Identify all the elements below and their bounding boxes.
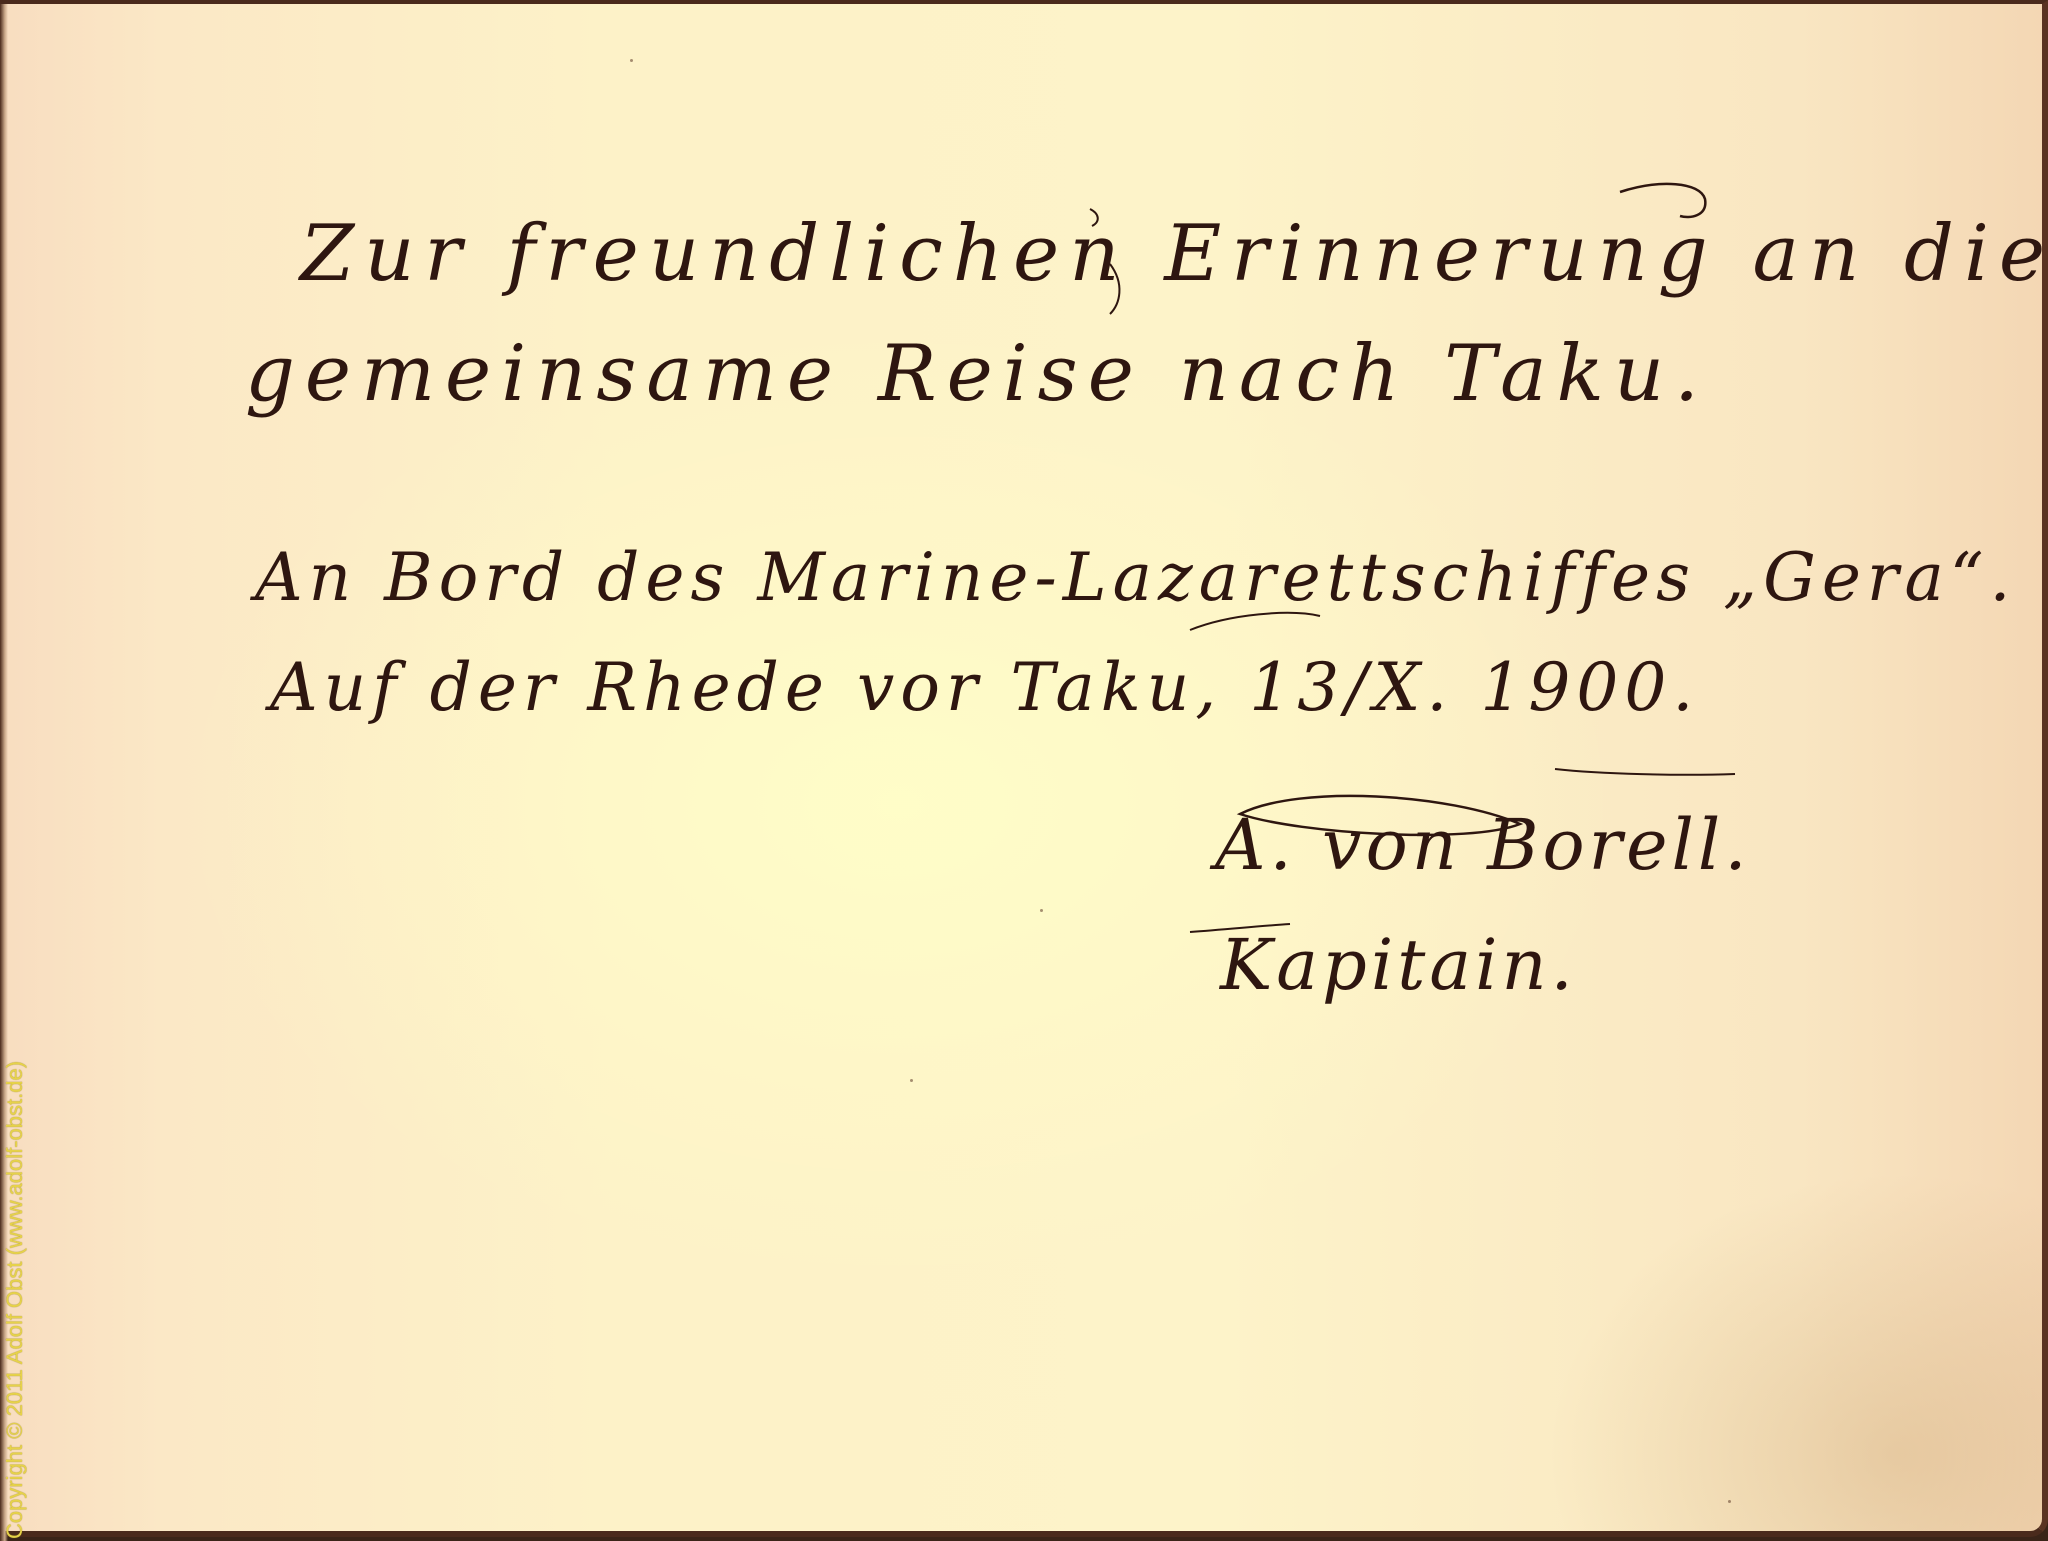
paper-speck (630, 59, 633, 62)
handwritten-line-1: Zur freundlichen Erinnerung an die (300, 209, 2048, 299)
signature-title: Kapitain. (1220, 924, 1577, 1006)
handwritten-line-3: An Bord des Marine-Lazarettschiffes „Ger… (255, 539, 2017, 616)
paper-speck (1040, 909, 1043, 912)
paper-speck (910, 1079, 913, 1082)
handwritten-line-4: Auf der Rhede vor Taku, 13/X. 1900. (270, 649, 1699, 726)
paper-speck (1728, 1500, 1731, 1503)
copyright-watermark: Copyright © 2011 Adolf Obst (www.adolf-o… (2, 999, 28, 1537)
album-page: Zur freundlichen Erinnerung an die gemei… (0, 0, 2048, 1537)
handwritten-line-2: gemeinsame Reise nach Taku. (245, 329, 1709, 419)
signature-name: A. von Borell. (1215, 804, 1751, 886)
